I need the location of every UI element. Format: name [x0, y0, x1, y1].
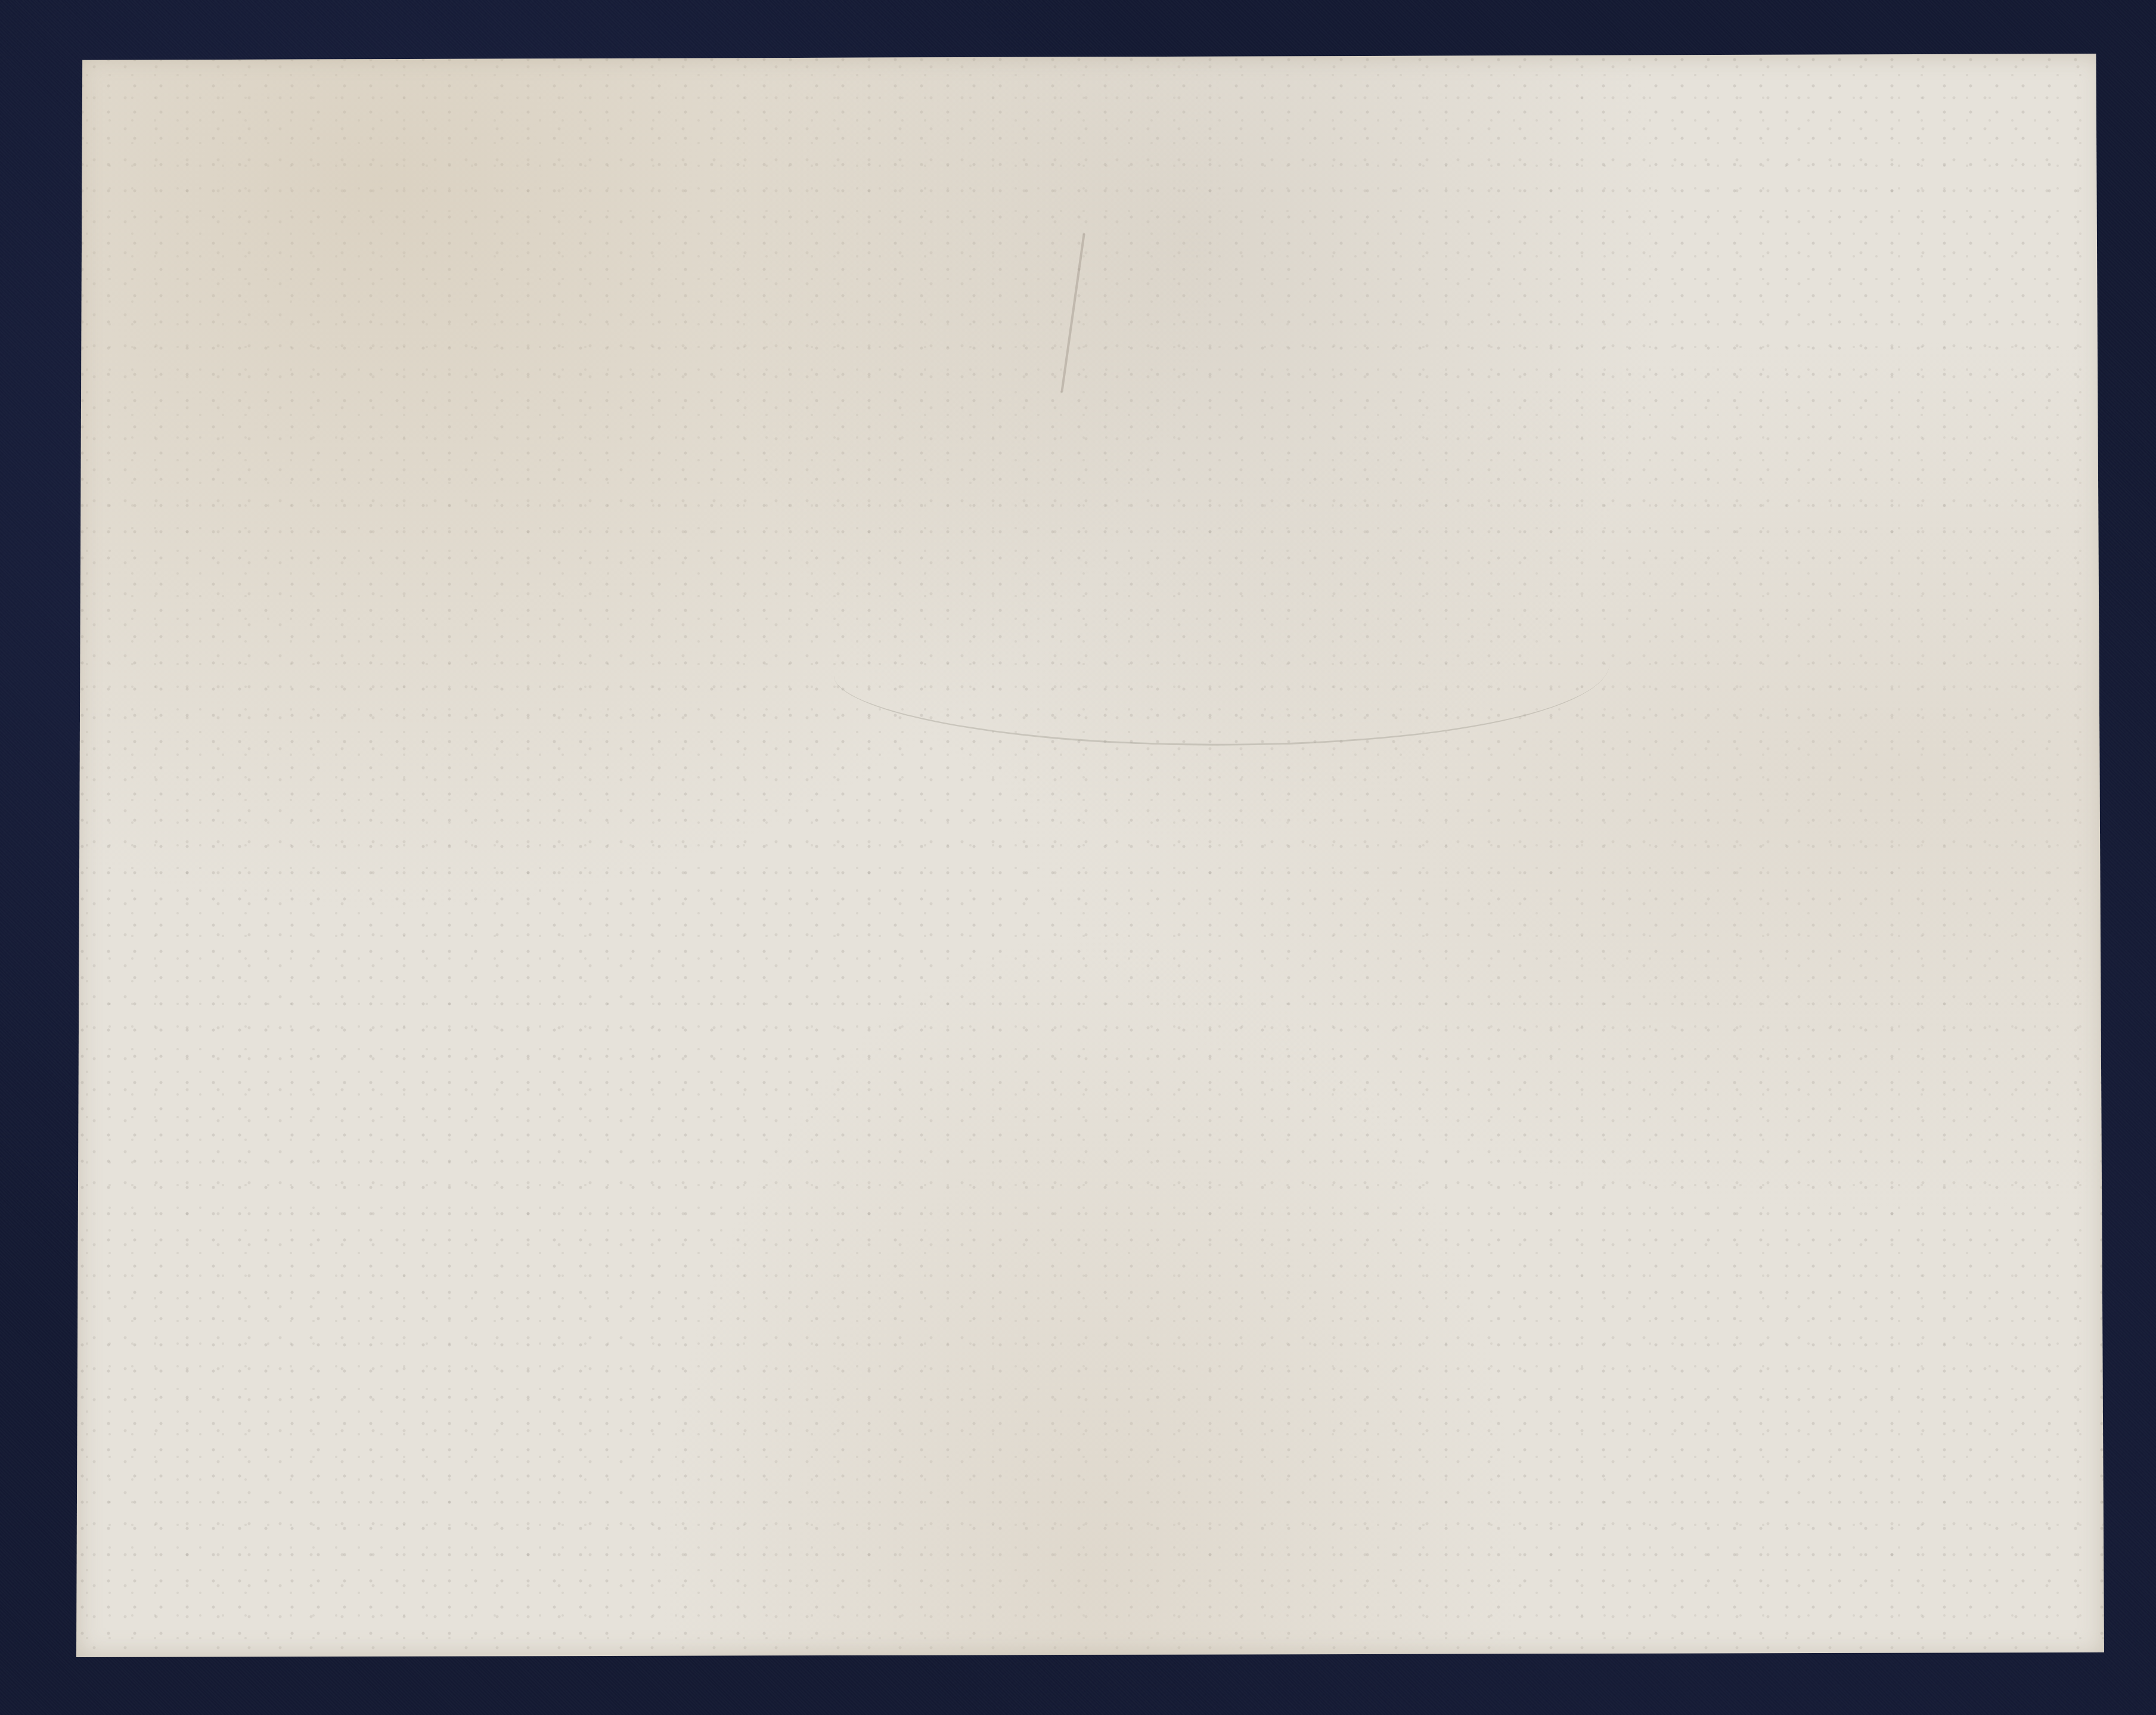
paper-crease-line	[832, 636, 1610, 760]
paper-sheet	[76, 54, 2104, 1657]
paper-edge-toning	[76, 54, 2104, 1657]
paper-scratch-mark	[1060, 233, 1085, 393]
fabric-background: Blank back side (verso) of an aged paper…	[0, 0, 2156, 1715]
